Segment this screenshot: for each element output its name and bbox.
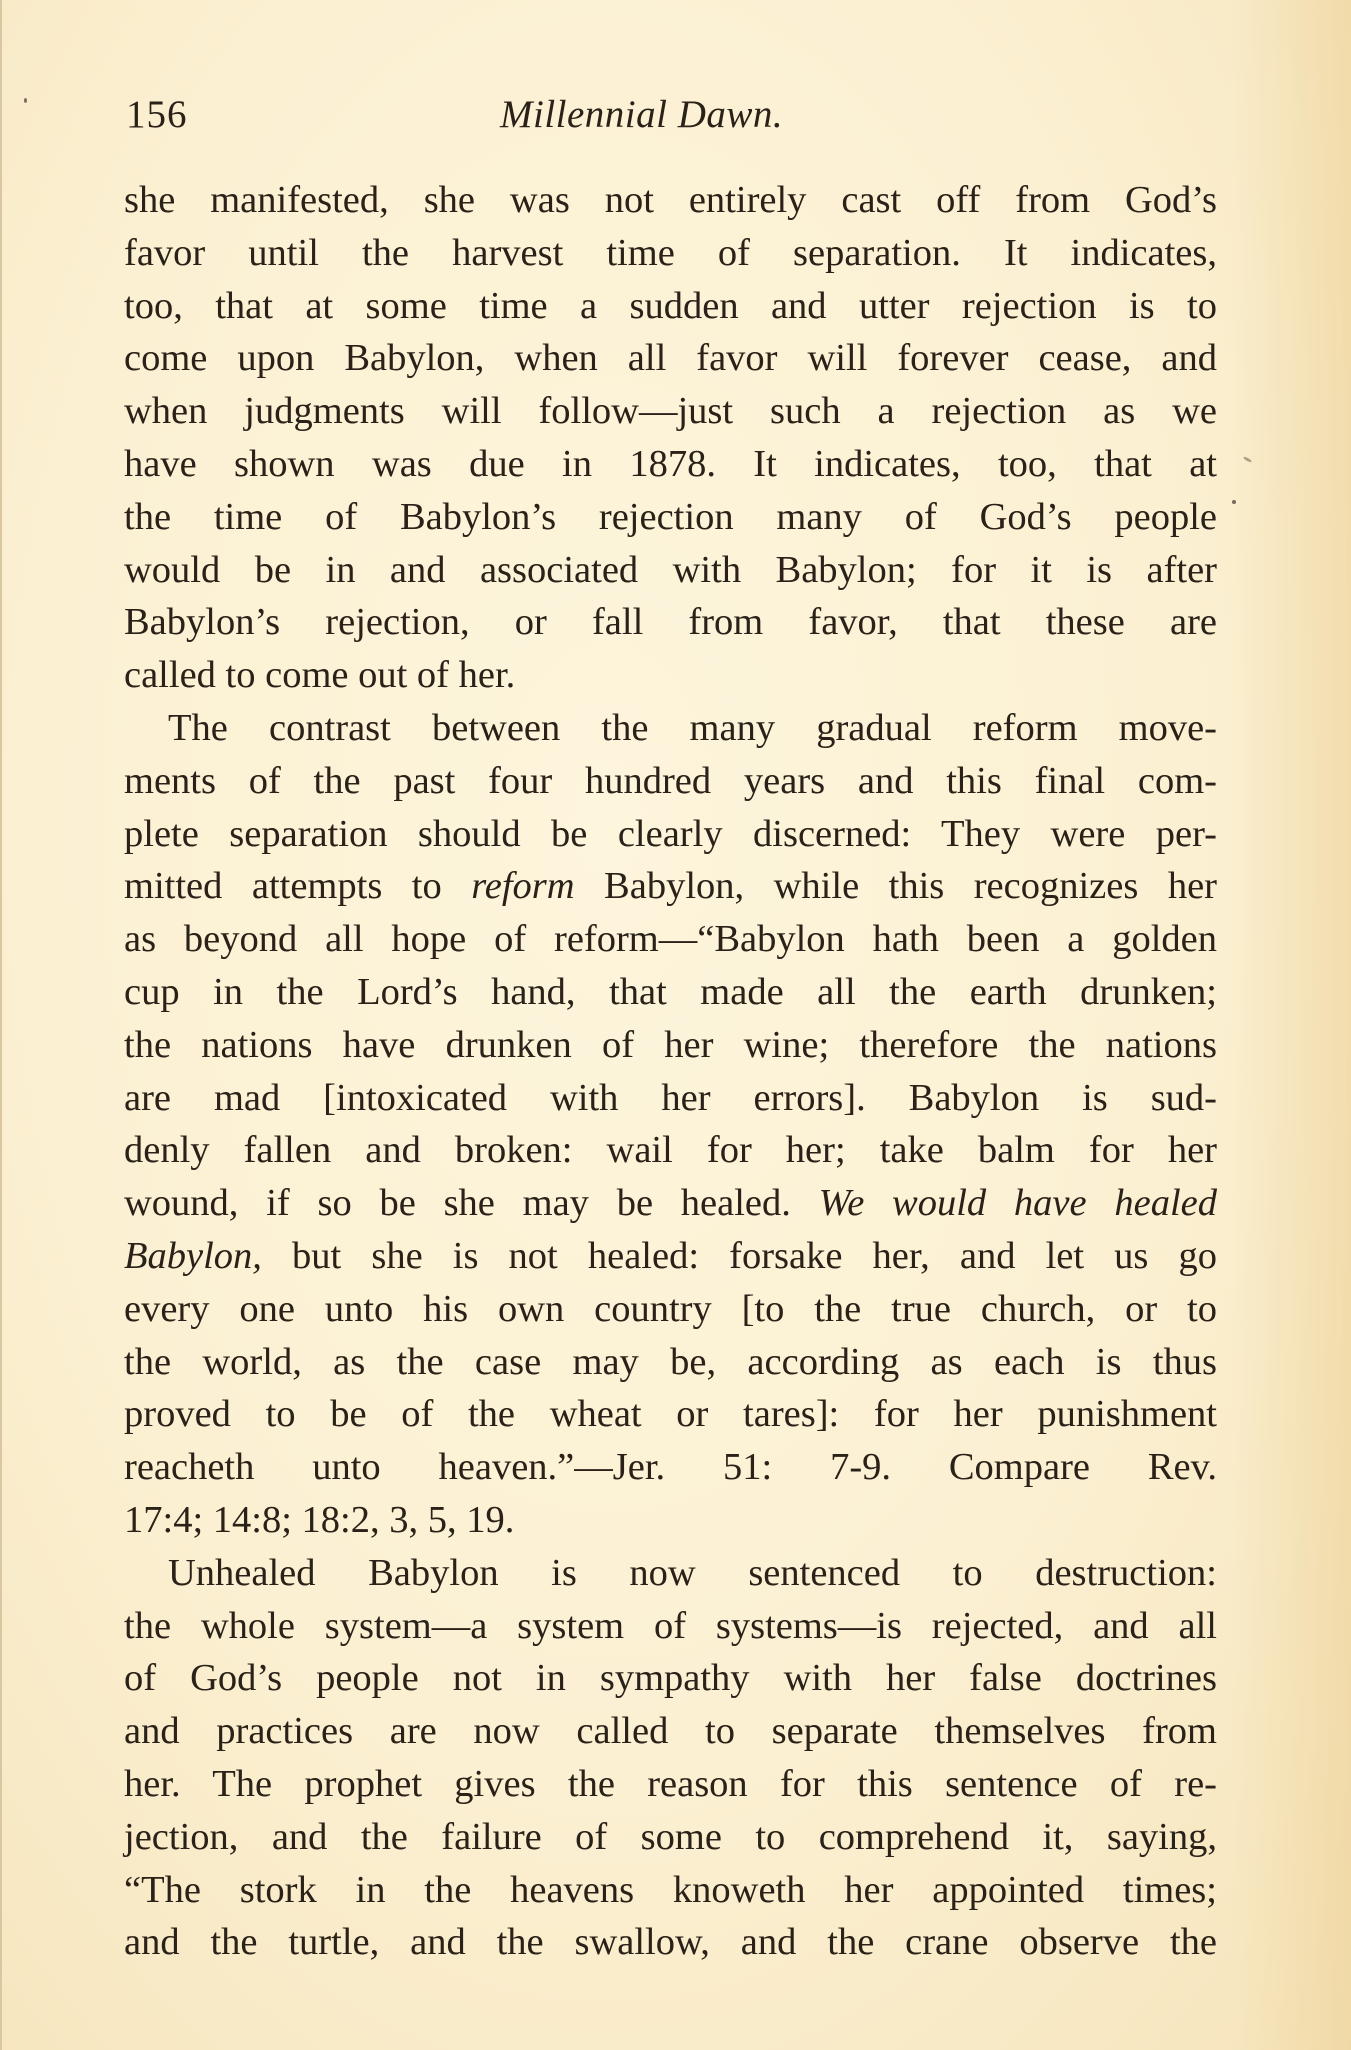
text-line: and practices are now called to separate…: [124, 1705, 1217, 1758]
text-line: ments of the past four hundred years and…: [124, 755, 1217, 808]
text-line: would be in and associated with Babylon;…: [124, 544, 1217, 597]
text-line: cup in the Lord’s hand, that made all th…: [124, 966, 1217, 1019]
text-line: plete separation should be clearly disce…: [124, 808, 1217, 861]
paragraph: Unhealed Babylon is now sentenced to des…: [124, 1547, 1217, 1969]
text-line: the nations have drunken of her wine; th…: [124, 1019, 1217, 1072]
text-line: proved to be of the wheat or tares]: for…: [124, 1388, 1217, 1441]
text-line: come upon Babylon, when all favor will f…: [124, 332, 1217, 385]
text-line: are mad [intoxicated with her errors]. B…: [124, 1072, 1217, 1125]
italic-emphasis: Babylon,: [124, 1235, 262, 1277]
italic-emphasis: reform: [471, 865, 574, 907]
text-run: wound, if so be she may be healed.: [124, 1182, 819, 1224]
paragraph: she manifested, she was not entirely cas…: [124, 174, 1217, 702]
text-line: her. The prophet gives the reason for th…: [124, 1758, 1217, 1811]
text-line: and the turtle, and the swallow, and the…: [124, 1916, 1217, 1969]
text-line: Babylon’s rejection, or fall from favor,…: [124, 596, 1217, 649]
text-line: “The stork in the heavens knoweth her ap…: [124, 1864, 1217, 1917]
text-run: Babylon, while this recognizes her: [575, 865, 1217, 907]
text-line: reacheth unto heaven.”—Jer. 51: 7-9. Com…: [124, 1441, 1217, 1494]
text-line: the time of Babylon’s rejection many of …: [124, 491, 1217, 544]
text-line: too, that at some time a sudden and utte…: [124, 280, 1217, 333]
text-line: she manifested, she was not entirely cas…: [124, 174, 1217, 227]
page-edge-shadow: [1231, 0, 1351, 2050]
paragraph: The contrast between the many gradual re…: [124, 702, 1217, 1547]
page-number: 156: [126, 92, 188, 137]
text-line: jection, and the failure of some to comp…: [124, 1811, 1217, 1864]
page-edge-left: [0, 0, 2, 2050]
text-line: of God’s people not in sympathy with her…: [124, 1652, 1217, 1705]
text-line: every one unto his own country [to the t…: [124, 1283, 1217, 1336]
italic-emphasis: We would have healed: [819, 1182, 1217, 1224]
page-header: 156 Millennial Dawn.: [126, 92, 1216, 142]
text-line: 17:4; 14:8; 18:2, 3, 5, 19.: [124, 1494, 1217, 1547]
text-run: mitted attempts to: [124, 865, 471, 907]
text-line: Unhealed Babylon is now sentenced to des…: [124, 1547, 1217, 1600]
text-line: the whole system—a system of systems—is …: [124, 1600, 1217, 1653]
text-line: as beyond all hope of reform—“Babylon ha…: [124, 913, 1217, 966]
text-line: mitted attempts to reform Babylon, while…: [124, 860, 1217, 913]
text-line: denly fallen and broken: wail for her; t…: [124, 1124, 1217, 1177]
text-line: favor until the harvest time of separati…: [124, 227, 1217, 280]
text-line: when judgments will follow—just such a r…: [124, 385, 1217, 438]
text-line: The contrast between the many gradual re…: [124, 702, 1217, 755]
text-run: but she is not healed: forsake her, and …: [262, 1235, 1217, 1277]
scan-speck: [1243, 456, 1252, 463]
running-title: Millennial Dawn.: [500, 92, 783, 137]
scan-speck: [24, 98, 27, 103]
text-line: the world, as the case may be, according…: [124, 1336, 1217, 1389]
text-line: have shown was due in 1878. It indicates…: [124, 438, 1217, 491]
page-body: she manifested, she was not entirely cas…: [124, 174, 1217, 1969]
text-line: called to come out of her.: [124, 649, 1217, 702]
scan-speck: [1232, 500, 1236, 504]
text-line: Babylon, but she is not healed: forsake …: [124, 1230, 1217, 1283]
text-line: wound, if so be she may be healed. We wo…: [124, 1177, 1217, 1230]
